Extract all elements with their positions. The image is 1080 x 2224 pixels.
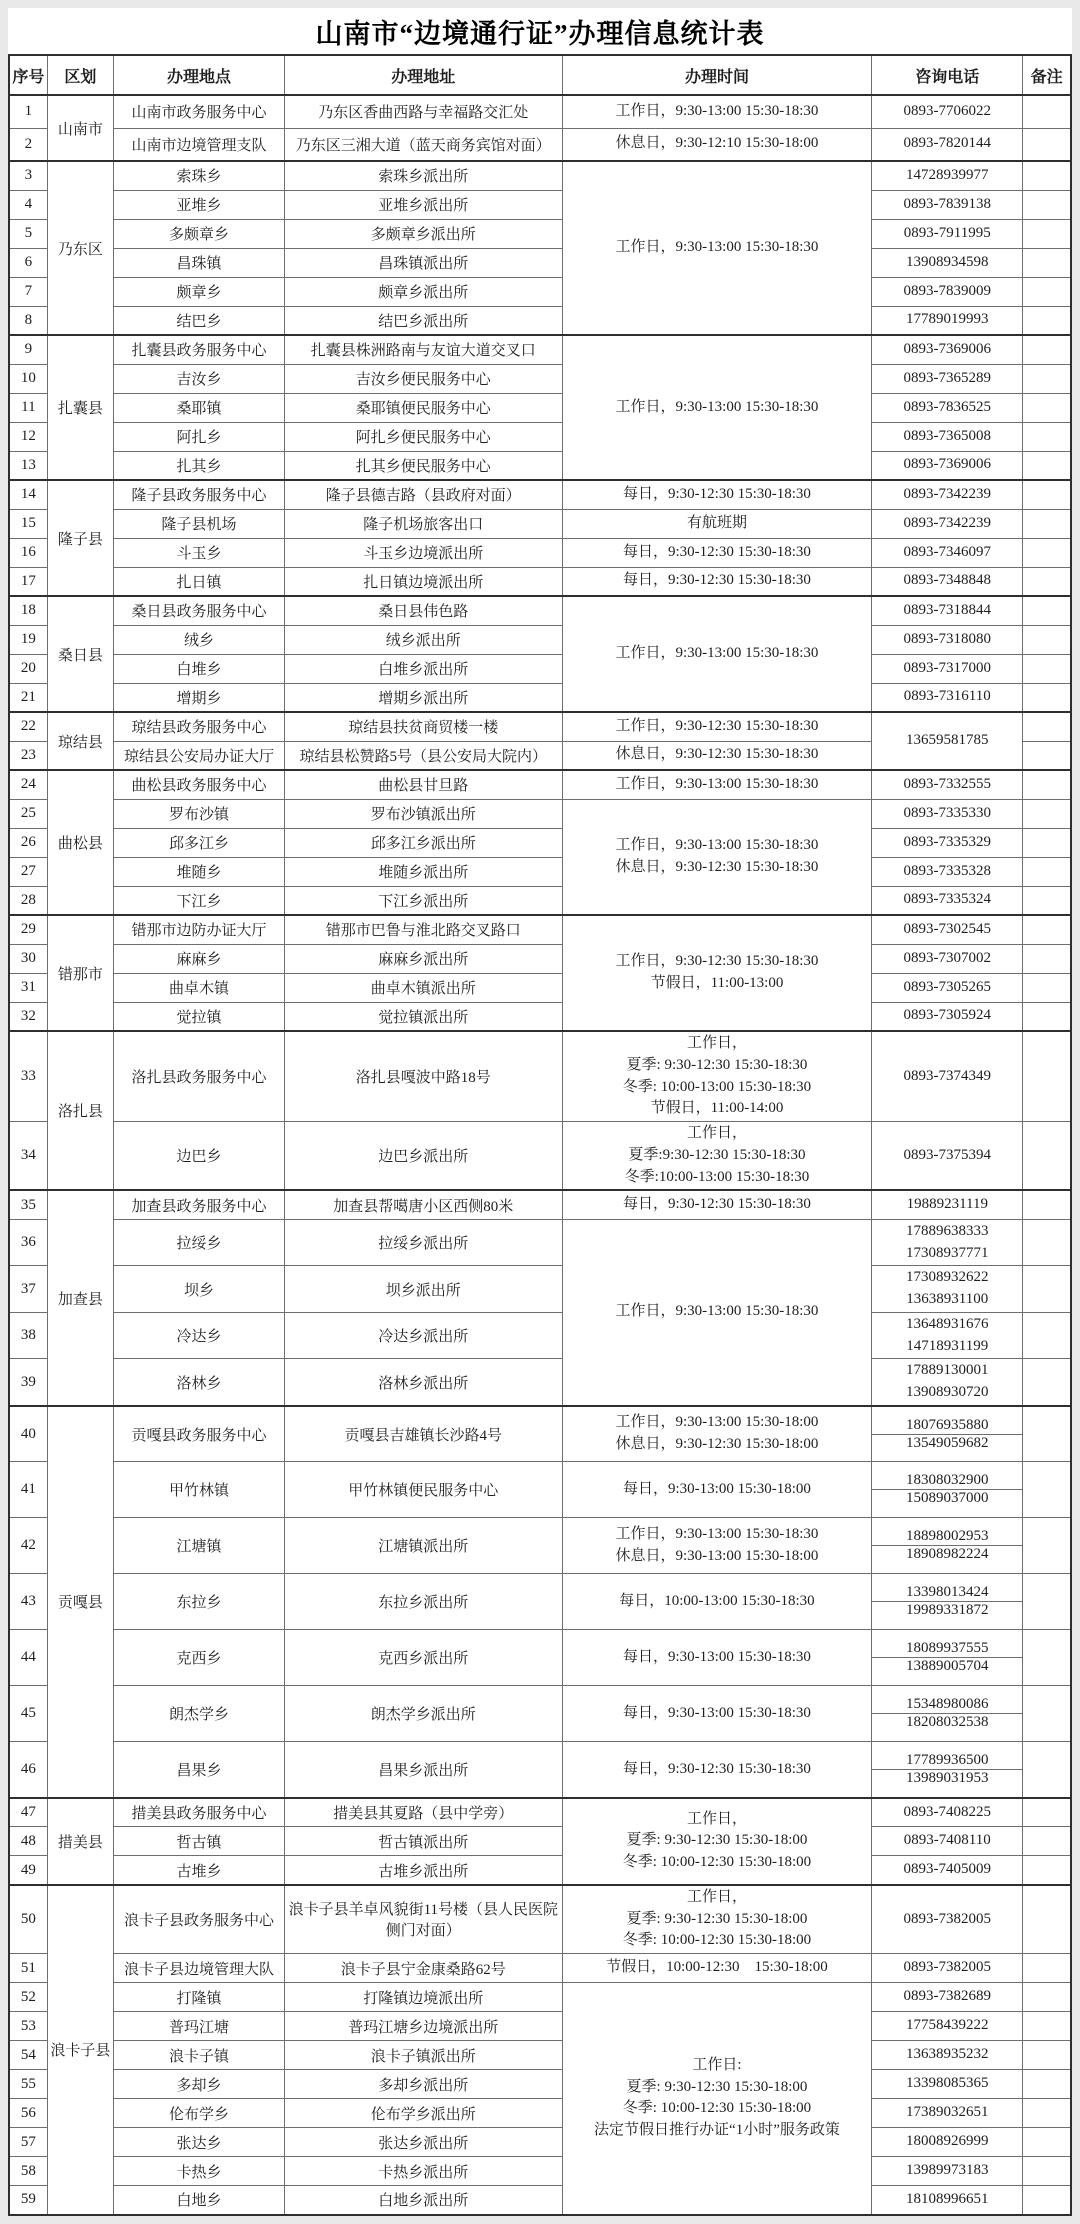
- cell-remark: [1023, 248, 1071, 277]
- cell-row-number: 5: [9, 219, 47, 248]
- cell-row-number: 3: [9, 161, 47, 190]
- cell-place: 冷达乡: [114, 1312, 285, 1359]
- cell-place: 多却乡: [114, 2070, 285, 2099]
- cell-phone: 0893-7369006: [872, 335, 1023, 364]
- cell-place: 扎囊县政务服务中心: [114, 335, 285, 364]
- cell-phone: 0893-7335330: [872, 799, 1023, 828]
- cell-place: 拉绥乡: [114, 1219, 285, 1266]
- table-row: 22琼结县琼结县政务服务中心琼结县扶贫商贸楼一楼工作日，9:30-12:30 1…: [9, 712, 1071, 741]
- cell-place: 斗玉乡: [114, 538, 285, 567]
- cell-remark: [1023, 306, 1071, 335]
- table-row: 47措美县措美县政务服务中心措美县其夏路（县中学旁）工作日， 夏季: 9:30-…: [9, 1798, 1071, 1827]
- cell-place: 打隆镇: [114, 1983, 285, 2012]
- cell-phone: 17889130001 13908930720: [872, 1359, 1023, 1406]
- cell-address: 曲松县甘旦路: [285, 770, 563, 799]
- cell-time: 工作日， 夏季: 9:30-12:30 15:30-18:30 冬季: 10:0…: [562, 1031, 872, 1122]
- table-row: 48哲古镇哲古镇派出所0893-7408110: [9, 1827, 1071, 1856]
- cell-place: 扎日镇: [114, 567, 285, 596]
- cell-remark: [1023, 828, 1071, 857]
- cell-phone: 0893-7836525: [872, 393, 1023, 422]
- table-row: 4亚堆乡亚堆乡派出所0893-7839138: [9, 190, 1071, 219]
- page-title: 山南市“边境通行证”办理信息统计表: [8, 8, 1072, 54]
- table-row: 19绒乡绒乡派出所0893-7318080: [9, 625, 1071, 654]
- cell-phone: 0893-7335324: [872, 886, 1023, 915]
- cell-row-number: 59: [9, 2186, 47, 2215]
- table-row: 38冷达乡冷达乡派出所13648931676 14718931199: [9, 1312, 1071, 1359]
- cell-remark: [1023, 1630, 1071, 1686]
- cell-row-number: 14: [9, 480, 47, 509]
- cell-address: 张达乡派出所: [285, 2128, 563, 2157]
- phone-number: 13989031953: [872, 1769, 1022, 1787]
- cell-remark: [1023, 712, 1071, 741]
- cell-remark: [1023, 567, 1071, 596]
- cell-row-number: 22: [9, 712, 47, 741]
- col-header-no: 序号: [9, 55, 47, 95]
- cell-place: 曲松县政务服务中心: [114, 770, 285, 799]
- cell-phone: 0893-7382005: [872, 1885, 1023, 1954]
- cell-time-merged: 工作日，9:30-13:00 15:30-18:30: [562, 1219, 872, 1406]
- cell-address: 琼结县松赞路5号（县公安局大院内）: [285, 741, 563, 770]
- cell-place: 张达乡: [114, 2128, 285, 2157]
- cell-row-number: 23: [9, 741, 47, 770]
- cell-place: 古堆乡: [114, 1856, 285, 1885]
- phone-number: 15089037000: [872, 1489, 1022, 1507]
- cell-time: 工作日，9:30-12:30 15:30-18:30: [562, 712, 872, 741]
- cell-row-number: 35: [9, 1190, 47, 1219]
- cell-row-number: 8: [9, 306, 47, 335]
- cell-phone: 0893-7408225: [872, 1798, 1023, 1827]
- table-row: 37坝乡坝乡派出所17308932622 13638931100: [9, 1266, 1071, 1313]
- cell-place: 错那市边防办证大厅: [114, 915, 285, 944]
- cell-remark: [1023, 857, 1071, 886]
- cell-address: 甲竹林镇便民服务中心: [285, 1462, 563, 1518]
- cell-place: 昌果乡: [114, 1742, 285, 1798]
- table-row: 56伦布学乡伦布学乡派出所17389032651: [9, 2099, 1071, 2128]
- cell-remark: [1023, 219, 1071, 248]
- cell-time-merged: 工作日: 夏季: 9:30-12:30 15:30-18:00 冬季: 10:0…: [562, 1983, 872, 2215]
- phone-number: 18898002953: [872, 1528, 1022, 1545]
- cell-remark: [1023, 2128, 1071, 2157]
- cell-district: 琼结县: [47, 712, 113, 770]
- cell-address: 拉绥乡派出所: [285, 1219, 563, 1266]
- cell-remark: [1023, 1031, 1071, 1122]
- cell-row-number: 54: [9, 2041, 47, 2070]
- cell-district: 隆子县: [47, 480, 113, 596]
- cell-remark: [1023, 1574, 1071, 1630]
- cell-row-number: 21: [9, 683, 47, 712]
- table-row: 58卡热乡卡热乡派出所13989973183: [9, 2157, 1071, 2186]
- phone-number: 13549059682: [872, 1434, 1022, 1452]
- col-header-place: 办理地点: [114, 55, 285, 95]
- cell-time: 有航班期: [562, 509, 872, 538]
- cell-remark: [1023, 741, 1071, 770]
- table-row: 43东拉乡东拉乡派出所每日，10:00-13:00 15:30-18:30133…: [9, 1574, 1071, 1630]
- cell-row-number: 55: [9, 2070, 47, 2099]
- table-row: 27堆随乡堆随乡派出所0893-7335328: [9, 857, 1071, 886]
- cell-remark: [1023, 1122, 1071, 1191]
- cell-place: 加查县政务服务中心: [114, 1190, 285, 1219]
- cell-place: 麻麻乡: [114, 944, 285, 973]
- cell-address: 邱多江乡派出所: [285, 828, 563, 857]
- cell-phone: 1339801342419989331872: [872, 1574, 1023, 1630]
- cell-phone: 13648931676 14718931199: [872, 1312, 1023, 1359]
- cell-row-number: 31: [9, 973, 47, 1002]
- cell-phone: 0893-7305265: [872, 973, 1023, 1002]
- cell-place: 堆随乡: [114, 857, 285, 886]
- cell-time: 工作日，9:30-13:00 15:30-18:30: [562, 770, 872, 799]
- cell-place: 浪卡子镇: [114, 2041, 285, 2070]
- cell-address: 乃东区香曲西路与幸福路交汇处: [285, 95, 563, 128]
- cell-row-number: 24: [9, 770, 47, 799]
- cell-remark: [1023, 2186, 1071, 2215]
- cell-remark: [1023, 128, 1071, 161]
- cell-remark: [1023, 451, 1071, 480]
- cell-row-number: 33: [9, 1031, 47, 1122]
- table-row: 15隆子县机场隆子机场旅客出口有航班期0893-7342239: [9, 509, 1071, 538]
- cell-time: 每日，9:30-13:00 15:30-18:30: [562, 1630, 872, 1686]
- cell-row-number: 10: [9, 364, 47, 393]
- col-header-time: 办理时间: [562, 55, 872, 95]
- cell-district: 山南市: [47, 95, 113, 161]
- page: 山南市“边境通行证”办理信息统计表 序号 区划 办理地点 办理地址 办理时间 咨…: [8, 0, 1072, 2224]
- cell-phone: 14728939977: [872, 161, 1023, 190]
- cell-row-number: 27: [9, 857, 47, 886]
- table-row: 12阿扎乡阿扎乡便民服务中心0893-7365008: [9, 422, 1071, 451]
- cell-row-number: 4: [9, 190, 47, 219]
- cell-phone: 18108996651: [872, 2186, 1023, 2215]
- cell-district: 浪卡子县: [47, 1885, 113, 2215]
- table-row: 20白堆乡白堆乡派出所0893-7317000: [9, 654, 1071, 683]
- cell-row-number: 50: [9, 1885, 47, 1954]
- table-body: 1山南市山南市政务服务中心乃东区香曲西路与幸福路交汇处工作日，9:30-13:0…: [9, 95, 1071, 2215]
- cell-place: 隆子县机场: [114, 509, 285, 538]
- cell-place: 贡嘎县政务服务中心: [114, 1406, 285, 1462]
- cell-row-number: 16: [9, 538, 47, 567]
- cell-phone: 1889800295318908982224: [872, 1518, 1023, 1574]
- col-header-addr: 办理地址: [285, 55, 563, 95]
- cell-place: 扎其乡: [114, 451, 285, 480]
- cell-address: 打隆镇边境派出所: [285, 1983, 563, 2012]
- cell-phone: 0893-7369006: [872, 451, 1023, 480]
- table-row: 8结巴乡结巴乡派出所17789019993: [9, 306, 1071, 335]
- cell-time: 每日，10:00-13:00 15:30-18:30: [562, 1574, 872, 1630]
- cell-remark: [1023, 1983, 1071, 2012]
- cell-row-number: 2: [9, 128, 47, 161]
- phone-number: 18208032538: [872, 1713, 1022, 1731]
- cell-row-number: 40: [9, 1406, 47, 1462]
- cell-time: 休息日，9:30-12:10 15:30-18:00: [562, 128, 872, 161]
- cell-district: 乃东区: [47, 161, 113, 335]
- cell-remark: [1023, 1266, 1071, 1313]
- cell-address: 结巴乡派出所: [285, 306, 563, 335]
- phone-number: 15348980086: [872, 1696, 1022, 1713]
- table-row: 33洛扎县洛扎县政务服务中心洛扎县嘎波中路18号工作日， 夏季: 9:30-12…: [9, 1031, 1071, 1122]
- cell-place: 浪卡子县边境管理大队: [114, 1954, 285, 1983]
- table-row: 6昌珠镇昌珠镇派出所13908934598: [9, 248, 1071, 277]
- cell-phone: 1807693588013549059682: [872, 1406, 1023, 1462]
- cell-place: 昌珠镇: [114, 248, 285, 277]
- table-row: 36拉绥乡拉绥乡派出所工作日，9:30-13:00 15:30-18:30178…: [9, 1219, 1071, 1266]
- cell-address: 伦布学乡派出所: [285, 2099, 563, 2128]
- cell-place: 绒乡: [114, 625, 285, 654]
- cell-place: 索珠乡: [114, 161, 285, 190]
- col-header-remark: 备注: [1023, 55, 1071, 95]
- cell-phone: 1830803290015089037000: [872, 1462, 1023, 1518]
- cell-district: 贡嘎县: [47, 1406, 113, 1798]
- phone-number: 18089937555: [872, 1640, 1022, 1657]
- cell-time-merged: 工作日，9:30-12:30 15:30-18:30 节假日，11:00-13:…: [562, 915, 872, 1031]
- cell-row-number: 6: [9, 248, 47, 277]
- cell-time-merged: 工作日，9:30-13:00 15:30-18:30: [562, 335, 872, 480]
- table-row: 2山南市边境管理支队乃东区三湘大道（蓝天商务宾馆对面）休息日，9:30-12:1…: [9, 128, 1071, 161]
- table-row: 5多颇章乡多颇章乡派出所0893-7911995: [9, 219, 1071, 248]
- cell-row-number: 48: [9, 1827, 47, 1856]
- phone-number: 17789936500: [872, 1752, 1022, 1769]
- table-row: 35加查县加查县政务服务中心加查县帮噶唐小区西侧80米每日，9:30-12:30…: [9, 1190, 1071, 1219]
- cell-place: 隆子县政务服务中心: [114, 480, 285, 509]
- table-row: 52打隆镇打隆镇边境派出所工作日: 夏季: 9:30-12:30 15:30-1…: [9, 1983, 1071, 2012]
- cell-phone: 0893-7342239: [872, 509, 1023, 538]
- cell-row-number: 12: [9, 422, 47, 451]
- cell-row-number: 15: [9, 509, 47, 538]
- cell-place: 罗布沙镇: [114, 799, 285, 828]
- cell-address: 加查县帮噶唐小区西侧80米: [285, 1190, 563, 1219]
- cell-address: 吉汝乡便民服务中心: [285, 364, 563, 393]
- cell-district: 曲松县: [47, 770, 113, 915]
- cell-address: 索珠乡派出所: [285, 161, 563, 190]
- table-row: 28下江乡下江乡派出所0893-7335324: [9, 886, 1071, 915]
- cell-phone: 0893-7706022: [872, 95, 1023, 128]
- cell-address: 麻麻乡派出所: [285, 944, 563, 973]
- cell-phone: 0893-7382005: [872, 1954, 1023, 1983]
- cell-address: 白堆乡派出所: [285, 654, 563, 683]
- cell-time: 每日，9:30-12:30 15:30-18:30: [562, 1742, 872, 1798]
- cell-row-number: 43: [9, 1574, 47, 1630]
- cell-row-number: 26: [9, 828, 47, 857]
- cell-time-merged: 工作日， 夏季: 9:30-12:30 15:30-18:00 冬季: 10:0…: [562, 1798, 872, 1885]
- cell-address: 洛林乡派出所: [285, 1359, 563, 1406]
- cell-remark: [1023, 1002, 1071, 1031]
- cell-remark: [1023, 683, 1071, 712]
- table-row: 49古堆乡古堆乡派出所0893-7405009: [9, 1856, 1071, 1885]
- table-row: 21增期乡增期乡派出所0893-7316110: [9, 683, 1071, 712]
- cell-phone: 0893-7307002: [872, 944, 1023, 973]
- cell-row-number: 11: [9, 393, 47, 422]
- table-row: 10吉汝乡吉汝乡便民服务中心0893-7365289: [9, 364, 1071, 393]
- cell-remark: [1023, 886, 1071, 915]
- cell-place: 江塘镇: [114, 1518, 285, 1574]
- cell-remark: [1023, 509, 1071, 538]
- cell-address: 亚堆乡派出所: [285, 190, 563, 219]
- cell-time: 每日，9:30-12:30 15:30-18:30: [562, 567, 872, 596]
- phone-number: 13398013424: [872, 1584, 1022, 1601]
- table-row: 45朗杰学乡朗杰学乡派出所每日，9:30-13:00 15:30-18:3015…: [9, 1686, 1071, 1742]
- cell-time-merged: 工作日，9:30-13:00 15:30-18:30 休息日，9:30-12:3…: [562, 799, 872, 915]
- cell-place: 曲卓木镇: [114, 973, 285, 1002]
- cell-phone: 0893-7332555: [872, 770, 1023, 799]
- cell-time-merged: 工作日，9:30-13:00 15:30-18:30: [562, 596, 872, 712]
- cell-place: 朗杰学乡: [114, 1686, 285, 1742]
- cell-phone: 0893-7302545: [872, 915, 1023, 944]
- cell-row-number: 30: [9, 944, 47, 973]
- cell-remark: [1023, 393, 1071, 422]
- cell-remark: [1023, 1518, 1071, 1574]
- table-row: 30麻麻乡麻麻乡派出所0893-7307002: [9, 944, 1071, 973]
- cell-place: 洛林乡: [114, 1359, 285, 1406]
- cell-address: 古堆乡派出所: [285, 1856, 563, 1885]
- cell-phone-merged: 13659581785: [872, 712, 1023, 770]
- cell-phone: 13908934598: [872, 248, 1023, 277]
- cell-remark: [1023, 915, 1071, 944]
- table-row: 25罗布沙镇罗布沙镇派出所工作日，9:30-13:00 15:30-18:30 …: [9, 799, 1071, 828]
- cell-row-number: 57: [9, 2128, 47, 2157]
- cell-phone: 1534898008618208032538: [872, 1686, 1023, 1742]
- table-row: 17扎日镇扎日镇边境派出所每日，9:30-12:30 15:30-18:3008…: [9, 567, 1071, 596]
- cell-place: 亚堆乡: [114, 190, 285, 219]
- cell-remark: [1023, 2070, 1071, 2099]
- cell-row-number: 7: [9, 277, 47, 306]
- cell-place: 多颇章乡: [114, 219, 285, 248]
- cell-place: 桑日县政务服务中心: [114, 596, 285, 625]
- cell-remark: [1023, 190, 1071, 219]
- cell-phone: 0893-7318080: [872, 625, 1023, 654]
- table-row: 51浪卡子县边境管理大队浪卡子县宁金康桑路62号节假日，10:00-12:30 …: [9, 1954, 1071, 1983]
- cell-place: 桑耶镇: [114, 393, 285, 422]
- cell-remark: [1023, 625, 1071, 654]
- cell-place: 卡热乡: [114, 2157, 285, 2186]
- phone-number: 18308032900: [872, 1472, 1022, 1489]
- table-row: 29错那市错那市边防办证大厅错那市巴鲁与淮北路交叉路口工作日，9:30-12:3…: [9, 915, 1071, 944]
- cell-place: 邱多江乡: [114, 828, 285, 857]
- cell-place: 边巴乡: [114, 1122, 285, 1191]
- cell-place: 觉拉镇: [114, 1002, 285, 1031]
- cell-address: 错那市巴鲁与淮北路交叉路口: [285, 915, 563, 944]
- cell-address: 昌果乡派出所: [285, 1742, 563, 1798]
- cell-place: 阿扎乡: [114, 422, 285, 451]
- cell-phone: 13638935232: [872, 2041, 1023, 2070]
- cell-remark: [1023, 95, 1071, 128]
- col-header-district: 区划: [47, 55, 113, 95]
- cell-row-number: 45: [9, 1686, 47, 1742]
- phone-number: 13889005704: [872, 1657, 1022, 1675]
- cell-place: 下江乡: [114, 886, 285, 915]
- cell-row-number: 56: [9, 2099, 47, 2128]
- table-row: 53普玛江塘普玛江塘乡边境派出所17758439222: [9, 2012, 1071, 2041]
- table-row: 14隆子县隆子县政务服务中心隆子县德吉路（县政府对面）每日，9:30-12:30…: [9, 480, 1071, 509]
- cell-phone: 0893-7317000: [872, 654, 1023, 683]
- cell-row-number: 20: [9, 654, 47, 683]
- cell-phone: 0893-7839009: [872, 277, 1023, 306]
- cell-address: 边巴乡派出所: [285, 1122, 563, 1191]
- cell-time: 每日，9:30-12:30 15:30-18:30: [562, 1190, 872, 1219]
- table-row: 3乃东区索珠乡索珠乡派出所工作日，9:30-13:00 15:30-18:301…: [9, 161, 1071, 190]
- cell-phone: 17758439222: [872, 2012, 1023, 2041]
- cell-place: 克西乡: [114, 1630, 285, 1686]
- cell-row-number: 28: [9, 886, 47, 915]
- cell-address: 隆子县德吉路（县政府对面）: [285, 480, 563, 509]
- cell-phone: 0893-7408110: [872, 1827, 1023, 1856]
- cell-row-number: 18: [9, 596, 47, 625]
- cell-phone: 0893-7318844: [872, 596, 1023, 625]
- cell-address: 斗玉乡边境派出所: [285, 538, 563, 567]
- cell-remark: [1023, 1359, 1071, 1406]
- cell-address: 东拉乡派出所: [285, 1574, 563, 1630]
- table-row: 32觉拉镇觉拉镇派出所0893-7305924: [9, 1002, 1071, 1031]
- cell-phone: 0893-7839138: [872, 190, 1023, 219]
- cell-phone: 13398085365: [872, 2070, 1023, 2099]
- cell-phone: 0893-7820144: [872, 128, 1023, 161]
- cell-row-number: 17: [9, 567, 47, 596]
- cell-address: 琼结县扶贫商贸楼一楼: [285, 712, 563, 741]
- cell-row-number: 25: [9, 799, 47, 828]
- cell-phone: 1808993755513889005704: [872, 1630, 1023, 1686]
- cell-remark: [1023, 1312, 1071, 1359]
- cell-row-number: 46: [9, 1742, 47, 1798]
- cell-phone: 13989973183: [872, 2157, 1023, 2186]
- cell-row-number: 39: [9, 1359, 47, 1406]
- cell-time: 休息日，9:30-12:30 15:30-18:30: [562, 741, 872, 770]
- table-row: 7颇章乡颇章乡派出所0893-7839009: [9, 277, 1071, 306]
- cell-remark: [1023, 1462, 1071, 1518]
- cell-phone: 0893-7382689: [872, 1983, 1023, 2012]
- cell-remark: [1023, 1885, 1071, 1954]
- cell-phone: 1778993650013989031953: [872, 1742, 1023, 1798]
- cell-time-merged: 工作日，9:30-13:00 15:30-18:30: [562, 161, 872, 335]
- cell-address: 扎囊县株洲路南与友谊大道交叉口: [285, 335, 563, 364]
- cell-row-number: 44: [9, 1630, 47, 1686]
- cell-address: 朗杰学乡派出所: [285, 1686, 563, 1742]
- cell-address: 增期乡派出所: [285, 683, 563, 712]
- cell-place: 白堆乡: [114, 654, 285, 683]
- cell-remark: [1023, 2012, 1071, 2041]
- cell-address: 颇章乡派出所: [285, 277, 563, 306]
- cell-remark: [1023, 973, 1071, 1002]
- cell-row-number: 32: [9, 1002, 47, 1031]
- cell-phone: 0893-7365289: [872, 364, 1023, 393]
- cell-row-number: 9: [9, 335, 47, 364]
- cell-remark: [1023, 654, 1071, 683]
- cell-phone: 17389032651: [872, 2099, 1023, 2128]
- cell-place: 琼结县政务服务中心: [114, 712, 285, 741]
- cell-address: 多却乡派出所: [285, 2070, 563, 2099]
- cell-row-number: 52: [9, 1983, 47, 2012]
- cell-remark: [1023, 596, 1071, 625]
- cell-phone: 0893-7348848: [872, 567, 1023, 596]
- cell-remark: [1023, 1856, 1071, 1885]
- cell-address: 洛扎县嘎波中路18号: [285, 1031, 563, 1122]
- cell-time: 工作日， 夏季: 9:30-12:30 15:30-18:00 冬季: 10:0…: [562, 1885, 872, 1954]
- cell-district: 措美县: [47, 1798, 113, 1885]
- cell-row-number: 51: [9, 1954, 47, 1983]
- cell-address: 桑日县伟色路: [285, 596, 563, 625]
- cell-district: 扎囊县: [47, 335, 113, 480]
- cell-address: 绒乡派出所: [285, 625, 563, 654]
- cell-place: 白地乡: [114, 2186, 285, 2215]
- table-row: 16斗玉乡斗玉乡边境派出所每日，9:30-12:30 15:30-18:3008…: [9, 538, 1071, 567]
- cell-remark: [1023, 161, 1071, 190]
- cell-place: 吉汝乡: [114, 364, 285, 393]
- phone-number: 18908982224: [872, 1545, 1022, 1563]
- cell-address: 冷达乡派出所: [285, 1312, 563, 1359]
- cell-address: 乃东区三湘大道（蓝天商务宾馆对面）: [285, 128, 563, 161]
- cell-place: 山南市政务服务中心: [114, 95, 285, 128]
- table-row: 40贡嘎县贡嘎县政务服务中心贡嘎县吉雄镇长沙路4号工作日，9:30-13:00 …: [9, 1406, 1071, 1462]
- cell-phone: 0893-7335329: [872, 828, 1023, 857]
- cell-place: 山南市边境管理支队: [114, 128, 285, 161]
- table-row: 9扎囊县扎囊县政务服务中心扎囊县株洲路南与友谊大道交叉口工作日，9:30-13:…: [9, 335, 1071, 364]
- cell-address: 江塘镇派出所: [285, 1518, 563, 1574]
- cell-time: 工作日，9:30-13:00 15:30-18:30 休息日，9:30-13:0…: [562, 1518, 872, 1574]
